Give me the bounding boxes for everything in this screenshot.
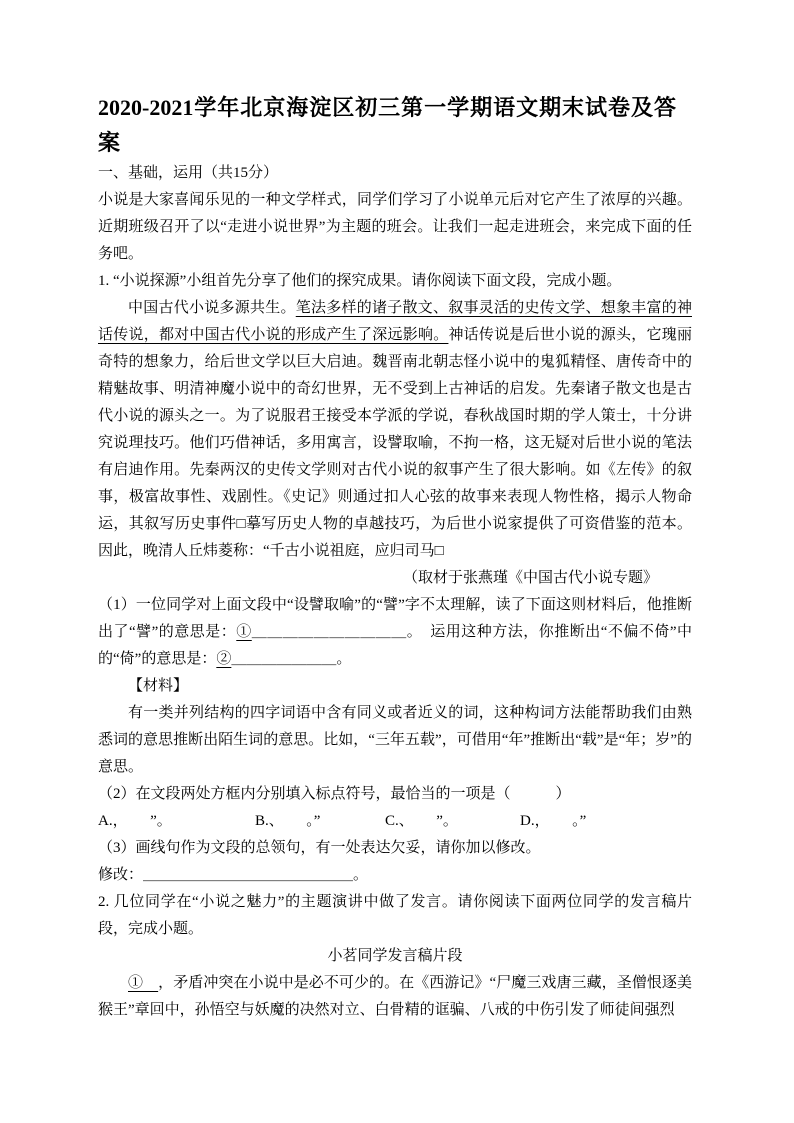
intro-paragraph: 小说是大家喜闻乐见的一种文学样式，同学们学习了小说单元后对它产生了浓厚的兴趣。近…: [98, 187, 692, 268]
exam-document-page: 2020-2021学年北京海淀区初三第一学期语文期末试卷及答案 一、基础，运用（…: [0, 0, 794, 1123]
revision-answer-line: 修改：＿＿＿＿＿＿＿＿＿＿＿＿＿＿。: [98, 862, 692, 889]
options-row: A.， ”。 B.、 。” C.、 ”。 D.， 。”: [98, 808, 692, 835]
question-1-lead: 1. “小说探源”小组首先分享了他们的探究成果。请你阅读下面文段，完成小题。: [98, 268, 692, 295]
question-1-2-lead: （2）在文段两处方框内分别填入标点符号，最恰当的一项是（ ）: [98, 781, 692, 808]
revision-tail: 。: [353, 867, 368, 883]
option-a: A.， ”。: [98, 808, 255, 835]
speech-blank-label: ①: [128, 975, 158, 991]
question-1-1-paragraph: （1）一位同学对上面文段中“设譬取喻”的“譬”字不太理解，读了下面这则材料后，他…: [98, 592, 692, 673]
answer-blank-2-line: ＿＿＿＿＿＿＿: [231, 651, 336, 667]
option-b: B.、 。”: [255, 808, 385, 835]
material-heading: 【材料】: [98, 673, 692, 700]
page-title: 2020-2021学年北京海淀区初三第一学期语文期末试卷及答案: [98, 90, 676, 160]
passage-opening-sentence: 中国古代小说多源共生。: [128, 300, 296, 316]
passage-body-text: 神话传说是后世小说的源头，它瑰丽奇特的想象力，给后世文学以巨大启迪。魏晋南北朝志…: [98, 327, 692, 559]
speech-paragraph: ① ，矛盾冲突在小说中是必不可少的。在《西游记》“尸魔三戏唐三藏，圣僧恨逐美猴王…: [98, 970, 692, 1024]
revision-label: 修改：: [98, 867, 143, 883]
answer-blank-1-label: ①: [236, 624, 252, 640]
material-body: 有一类并列结构的四字词语中含有同义或者近义的词，这种构词方法能帮助我们由熟悉词的…: [98, 700, 692, 781]
revision-blank-line: ＿＿＿＿＿＿＿＿＿＿＿＿＿＿: [143, 867, 353, 883]
option-c: C.、 ”。: [385, 808, 520, 835]
question-1-3-lead: （3）画线句作为文段的总领句，有一处表达欠妥，请你加以修改。: [98, 835, 692, 862]
speech-heading: 小茗同学发言稿片段: [98, 943, 692, 970]
answer-blank-1-line: ＿＿＿＿＿＿＿＿＿＿: [252, 624, 407, 640]
speech-body-text: ，矛盾冲突在小说中是必不可少的。在《西游记》“尸魔三戏唐三藏，圣僧恨逐美猴王”章…: [98, 975, 692, 1018]
option-d: D.， 。”: [520, 808, 692, 835]
answer-blank-2-label: ②: [216, 651, 231, 667]
passage-attribution: （取材于张燕瑾《中国古代小说专题》: [98, 565, 692, 592]
passage-paragraph: 中国古代小说多源共生。笔法多样的诸子散文、叙事灵活的史传文学、想象丰富的神话传说…: [98, 295, 692, 565]
section-heading: 一、基础，运用（共15分）: [98, 160, 692, 187]
question-1-1-tail: 。: [336, 651, 351, 667]
question-2-lead: 2. 几位同学在“小说之魅力”的主题演讲中做了发言。请你阅读下面两位同学的发言稿…: [98, 889, 692, 943]
